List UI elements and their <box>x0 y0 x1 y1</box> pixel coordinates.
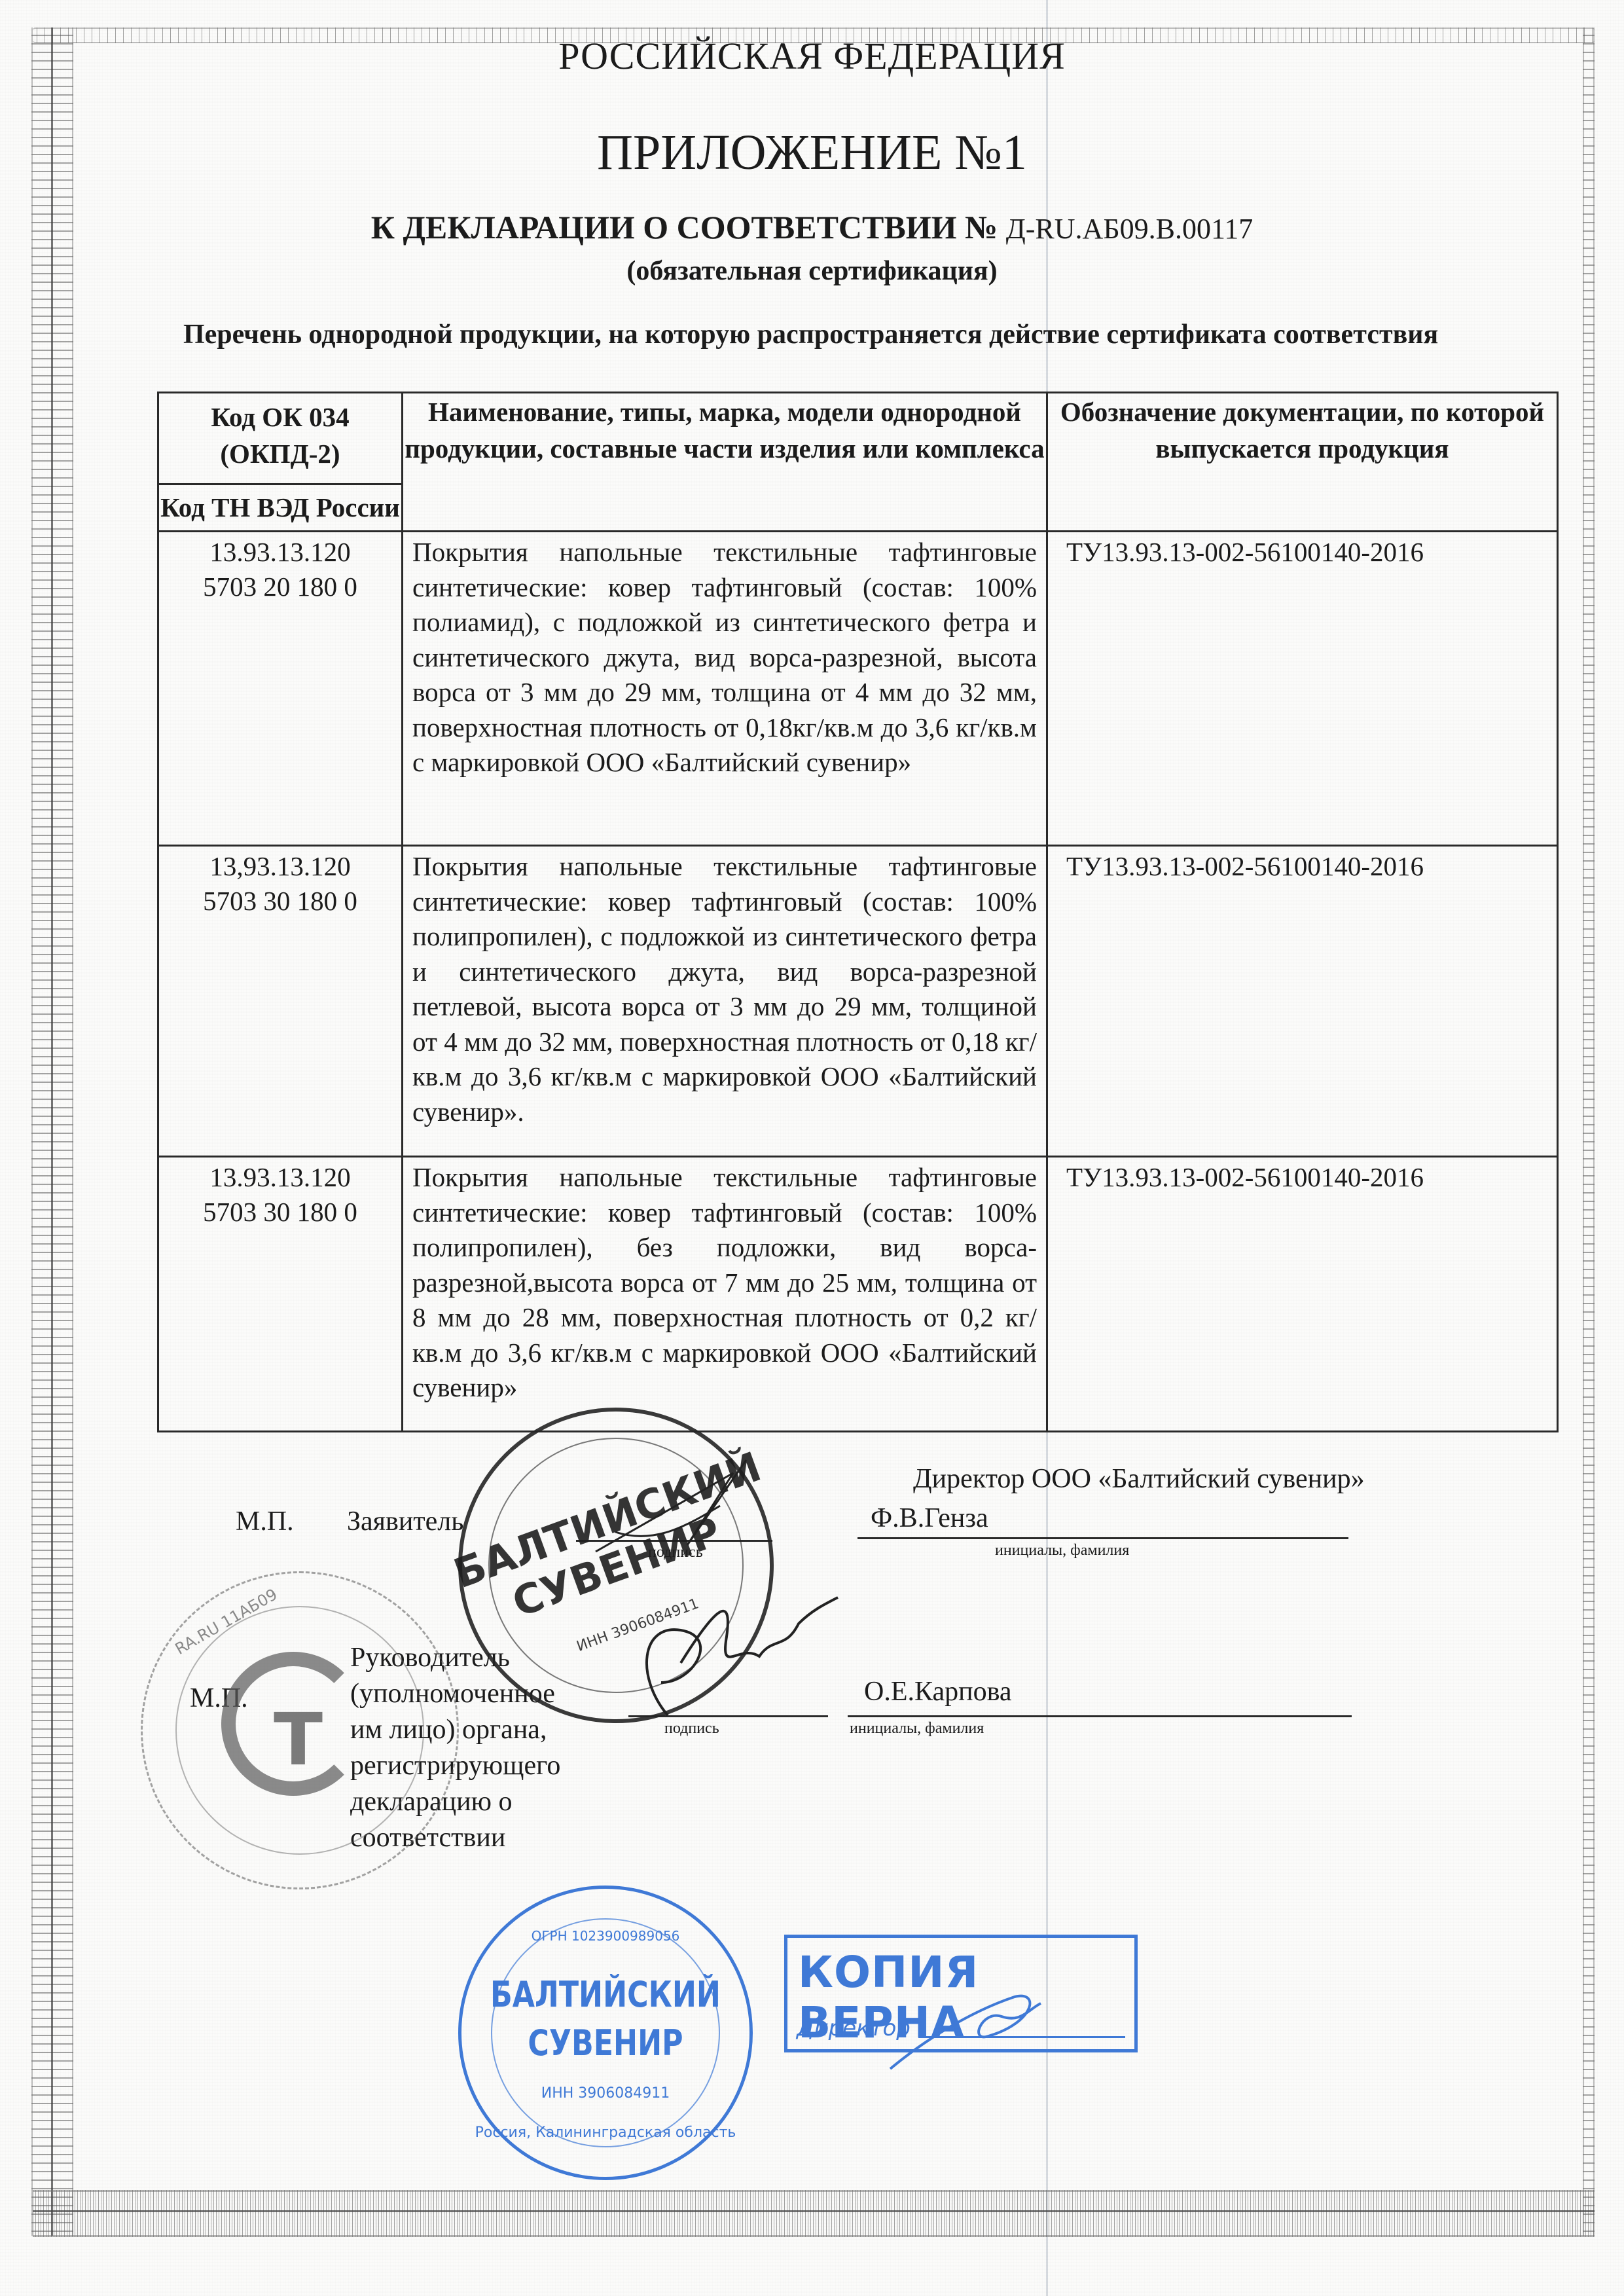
ornamental-border-right <box>1583 27 1595 2236</box>
list-heading: Перечень однородной продукции, на котору… <box>183 319 1438 350</box>
declaration-prefix: К ДЕКЛАРАЦИИ О СООТВЕТСТВИИ № <box>371 209 998 246</box>
applicant-name: Ф.В.Генза <box>871 1503 988 1534</box>
declaration-title: К ДЕКЛАРАЦИИ О СООТВЕТСТВИИ № Д-RU.АБ09.… <box>0 208 1624 246</box>
products-table: Код ОК 034 (ОКПД-2) Код ТН ВЭД России На… <box>157 392 1559 1432</box>
okpd-code: 13,93.13.120 <box>159 849 401 884</box>
authority-name: О.Е.Карпова <box>864 1676 1011 1707</box>
tnved-code: 5703 30 180 0 <box>159 884 401 919</box>
table-header-row: Код ОК 034 (ОКПД-2) Код ТН ВЭД России На… <box>158 393 1558 532</box>
applicant-position: Директор ООО «Балтийский сувенир» <box>913 1463 1365 1495</box>
documentation-code: ТУ13.93.13-002-56100140-2016 <box>1047 532 1558 846</box>
product-description: Покрытия напольные текстильные тафтингов… <box>403 846 1047 1157</box>
ornamental-border-left <box>31 27 73 2236</box>
table-row: 13.93.13.120 5703 20 180 0 Покрытия напо… <box>158 532 1558 846</box>
product-description: Покрытия напольные текстильные тафтингов… <box>403 532 1047 846</box>
okpd-code: 13.93.13.120 <box>159 1160 401 1195</box>
certification-type: (обязательная сертификация) <box>0 255 1624 287</box>
appendix-title: ПРИЛОЖЕНИЕ №1 <box>0 124 1624 181</box>
header-codes: Код ОК 034 (ОКПД-2) Код ТН ВЭД России <box>158 393 403 532</box>
applicant-name-caption: инициалы, фамилия <box>995 1542 1129 1559</box>
certification-logo-letter: T <box>274 1698 323 1781</box>
header-code-okpd: Код ОК 034 (ОКПД-2) <box>159 393 401 485</box>
declaration-number: Д-RU.АБ09.В.00117 <box>1006 213 1254 245</box>
header-product-name: Наименование, типы, марка, модели одноро… <box>403 393 1047 532</box>
row-codes: 13.93.13.120 5703 20 180 0 <box>158 532 403 846</box>
row-codes: 13.93.13.120 5703 30 180 0 <box>158 1157 403 1432</box>
applicant-role-label: Заявитель <box>347 1506 463 1537</box>
documentation-code: ТУ13.93.13-002-56100140-2016 <box>1047 846 1558 1157</box>
applicant-signature-icon <box>589 1447 759 1565</box>
row-codes: 13,93.13.120 5703 30 180 0 <box>158 846 403 1157</box>
copy-signature-icon <box>871 1984 1054 2075</box>
product-description: Покрытия напольные текстильные тафтингов… <box>403 1157 1047 1432</box>
applicant-name-line <box>857 1537 1348 1539</box>
documentation-code: ТУ13.93.13-002-56100140-2016 <box>1047 1157 1558 1432</box>
table-row: 13,93.13.120 5703 30 180 0 Покрытия напо… <box>158 846 1558 1157</box>
applicant-seal-label: М.П. <box>236 1506 294 1537</box>
company-stamp-blue: ОГРН 1023900989056 БАЛТИЙСКИЙ СУВЕНИР ИН… <box>458 1886 753 2180</box>
country-title: РОССИЙСКАЯ ФЕДЕРАЦИЯ <box>0 34 1624 78</box>
authority-name-caption: инициалы, фамилия <box>850 1720 984 1738</box>
tnved-code: 5703 20 180 0 <box>159 570 401 604</box>
certification-body-stamp: T RA.RU 11АБ09 <box>141 1571 459 1889</box>
tnved-code: 5703 30 180 0 <box>159 1195 401 1230</box>
authority-signature-icon <box>622 1584 831 1741</box>
authority-name-line <box>848 1715 1352 1717</box>
table-row: 13.93.13.120 5703 30 180 0 Покрытия напо… <box>158 1157 1558 1432</box>
okpd-code: 13.93.13.120 <box>159 535 401 570</box>
ornamental-border-bottom <box>33 2190 1595 2237</box>
header-documentation: Обозначение документации, по которой вып… <box>1047 393 1558 532</box>
header-code-tnved: Код ТН ВЭД России <box>159 485 401 526</box>
